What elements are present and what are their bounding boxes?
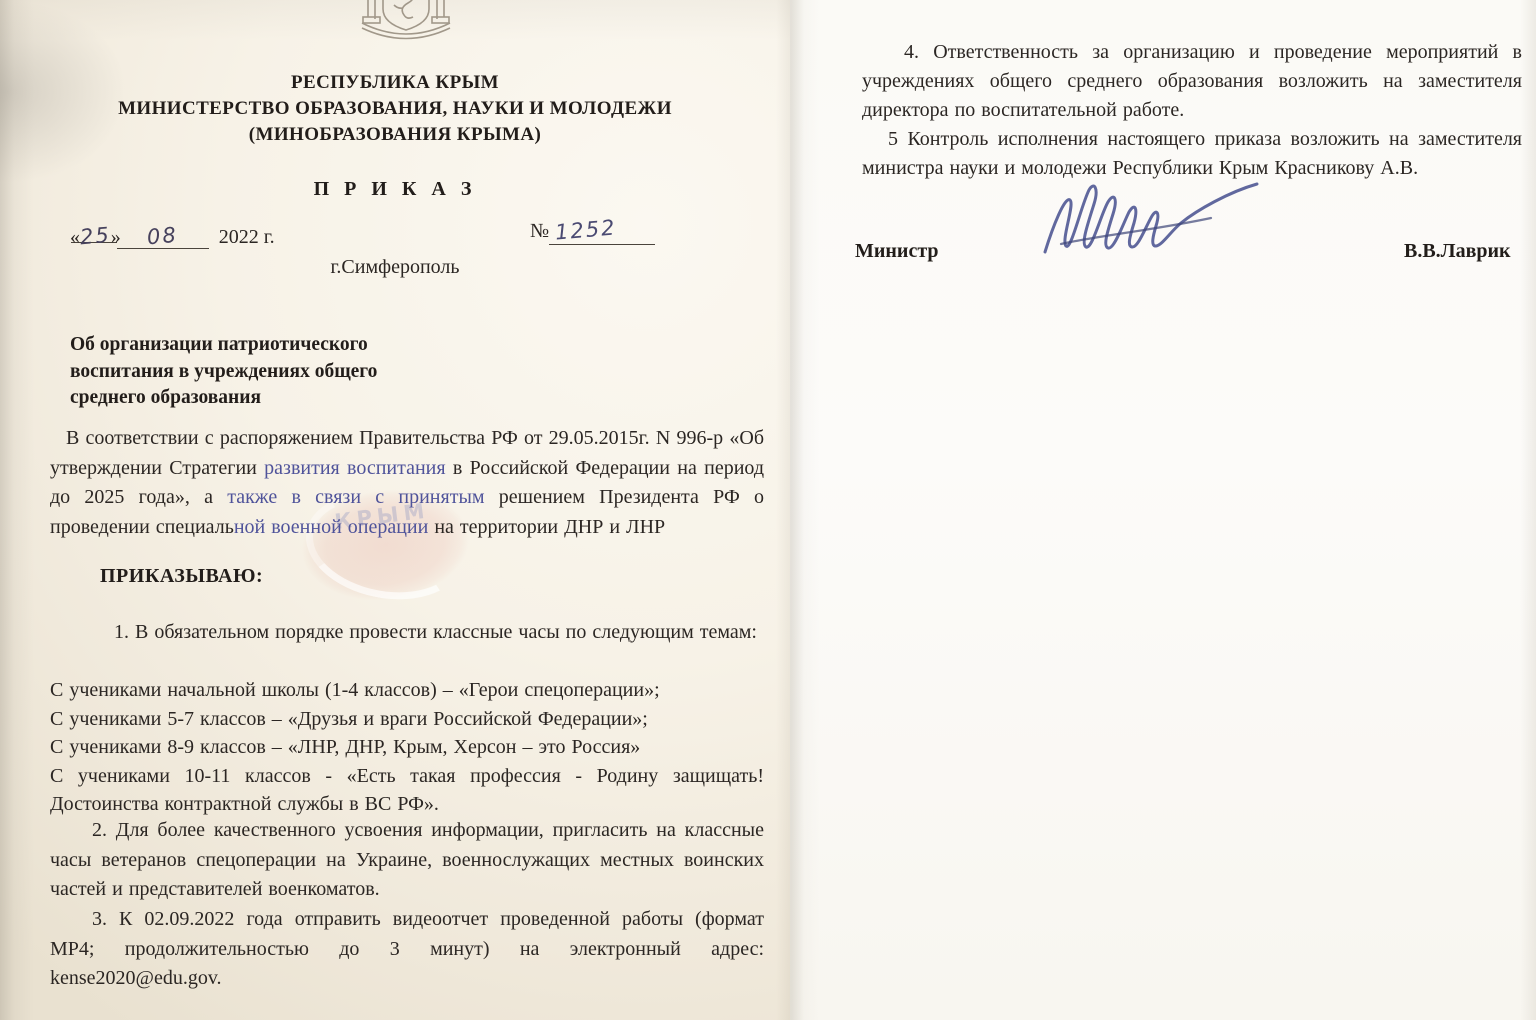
scanned-order-photo: КРЫМ РЕСПУБЛИКА КРЫМ МИНИСТЕРСТВО ОБРАЗО… xyxy=(0,0,1536,1020)
topic-line: С учениками 8-9 классов – «ЛНР, ДНР, Кры… xyxy=(50,733,764,762)
doc-title: П Р И К А З xyxy=(0,178,790,201)
subject-paragraph: Об организации патриотического воспитани… xyxy=(70,332,377,412)
page-seam xyxy=(776,0,804,1020)
order-item-3: 3. К 02.09.2022 года отправить видеоотче… xyxy=(50,905,764,994)
handwritten-month: 08 xyxy=(146,223,179,250)
org-line: МИНИСТЕРСТВО ОБРАЗОВАНИЯ, НАУКИ И МОЛОДЕ… xyxy=(0,96,790,122)
number-underline: 1252 xyxy=(549,218,655,245)
topic-line: С учениками 5-7 классов – «Друзья и враг… xyxy=(50,705,764,734)
subject-line: среднего образования xyxy=(70,385,377,412)
intro-segment-tinted: развития воспитания xyxy=(264,457,445,479)
org-line: (МИНОБРАЗОВАНИЯ КРЫМА) xyxy=(0,122,790,148)
city-line: г.Симферополь xyxy=(0,256,790,279)
year-text: 2022 г. xyxy=(219,226,275,248)
topics-list: С учениками начальной школы (1-4 классов… xyxy=(50,676,764,819)
subject-line: воспитания в учреждениях общего xyxy=(70,359,377,386)
orders-heading: ПРИКАЗЫВАЮ: xyxy=(100,565,263,588)
letterhead: РЕСПУБЛИКА КРЫМ МИНИСТЕРСТВО ОБРАЗОВАНИЯ… xyxy=(0,70,790,148)
date-line: «25»08 2022 г. xyxy=(70,220,275,249)
intro-paragraph: В соответствии с распоряжением Правитель… xyxy=(50,424,764,542)
intro-segment-tinted: ной военной операции xyxy=(234,516,429,538)
topic-line: С учениками начальной школы (1-4 классов… xyxy=(50,676,764,705)
crimea-coat-of-arms-icon xyxy=(354,0,458,48)
order-item-4: 4. Ответственность за организацию и пров… xyxy=(862,38,1522,125)
doc-number: №1252 xyxy=(530,218,655,245)
order-item-5: 5 Контроль исполнения настоящего приказа… xyxy=(862,125,1522,183)
topic-line: С учениками 10-11 классов - «Есть такая … xyxy=(50,762,764,819)
handwritten-day: 25 xyxy=(79,223,112,250)
order-item-1: 1. В обязательном порядке провести класс… xyxy=(50,617,764,647)
month-underline: 08 xyxy=(117,224,209,249)
order-item-2: 2. Для более качественного усвоения инфо… xyxy=(50,816,764,905)
intro-segment: на территории ДНР и ЛНР xyxy=(428,516,665,538)
subject-line: Об организации патриотического xyxy=(70,332,377,359)
org-line: РЕСПУБЛИКА КРЫМ xyxy=(0,70,790,96)
number-label: № xyxy=(530,220,549,242)
signature-scribble-icon xyxy=(1015,178,1265,270)
minister-title: Министр xyxy=(855,240,939,263)
handwritten-number: 1252 xyxy=(554,215,617,244)
intro-segment-tinted: также в связи с принятым xyxy=(227,486,484,508)
minister-name: В.В.Лаврик xyxy=(1404,240,1511,263)
